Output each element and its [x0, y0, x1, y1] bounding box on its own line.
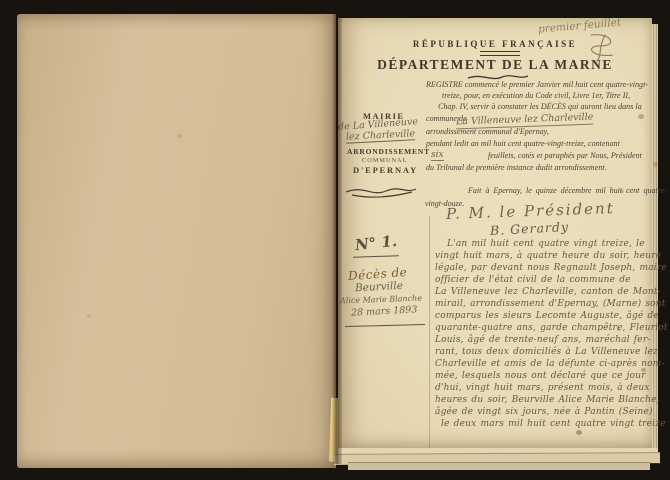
left-blank-page: [17, 14, 336, 468]
paper-stain: [87, 314, 91, 318]
act-body-line: Charleville et amis de la défunte ci-apr…: [435, 359, 665, 369]
act-body-line: d'hui, vingt huit mars, présent mois, à …: [435, 383, 650, 393]
act-body-line: L'an mil huit cent quatre vingt treize, …: [447, 239, 645, 249]
registre-text-line: pendant ledit an mil huit cent quatre-vi…: [426, 139, 620, 148]
registre-text-line: du Tribunal de première instance dudit a…: [426, 163, 607, 172]
department-title: DÉPARTEMENT DE LA MARNE: [338, 57, 652, 73]
act-body-line: âgée de vingt six jours, née à Pantin (S…: [435, 407, 653, 417]
act-body-line: La Villeneuve lez Charleville, canton de…: [435, 287, 661, 297]
margin-divider-line: [429, 216, 430, 448]
registre-text-line: treize, pour, en exécution du Code civil…: [442, 91, 630, 100]
margin-note-line: Beurville: [355, 280, 403, 294]
title-divider: [480, 51, 520, 56]
president-handwriting: P. M. le Président: [446, 199, 615, 223]
communal-label: COMMUNAL: [362, 157, 407, 164]
act-body-line: Louis, âgé de trente-neuf ans, maréchal …: [435, 335, 651, 345]
act-body-line: légale, par devant nous Regnault Joseph,…: [435, 263, 667, 273]
act-body-line: heures du soir, Beurville Alice Marie Bl…: [435, 395, 660, 405]
act-body-line: rant, tous deux domiciliés à La Villeneu…: [435, 347, 658, 357]
republic-title: RÉPUBLIQUE FRANÇAISE: [338, 39, 652, 49]
act-body-line: mirail, arrondissement d'Epernay, (Marne…: [435, 299, 666, 309]
act-number-rule: [353, 255, 399, 258]
scanned-register-photo: premier feuillet RÉPUBLIQUE FRANÇAISE DÉ…: [0, 0, 670, 480]
act-body-line: mée, lesquels nous ont déclaré que ce jo…: [435, 371, 646, 381]
book-gutter-shadow: [332, 12, 342, 464]
foxing-spot: [638, 114, 644, 119]
page-stack-edge: [348, 462, 650, 470]
margin-note-line: 28 mars 1893: [351, 304, 418, 318]
act-body-line: vingt huit mars, à quatre heure du soir,…: [435, 251, 661, 261]
register-title-page: premier feuillet RÉPUBLIQUE FRANÇAISE DÉ…: [338, 18, 652, 448]
act-body-line: quarante-quatre ans, garde champêtre, Fl…: [435, 323, 668, 333]
registre-text-line: arrondissement communal d'Epernay,: [426, 127, 549, 136]
act-body-line: le deux mars mil huit cent quatre vingt …: [441, 419, 666, 429]
foxing-spot: [576, 430, 582, 435]
act-body-line: comparus les sieurs Lecomte Auguste, âgé…: [435, 311, 659, 321]
arrondissement-label: ARRONDISSEMENT: [347, 147, 430, 156]
dateline-line1: Fait à Epernay, le quinze décembre mil h…: [468, 186, 667, 195]
registre-text-line: feuillets, cotés et paraphés par Nous, P…: [488, 151, 642, 160]
folio-count-fillin-handwriting: six: [431, 150, 444, 161]
paper-stain: [177, 134, 182, 138]
president-signature: B. Gerardy: [490, 219, 570, 238]
act-number: N° 1.: [354, 232, 398, 254]
commune-handwriting-line2: lez Charleville: [346, 128, 416, 144]
margin-note-rule: [345, 324, 425, 327]
registre-text-line: Chap. IV, servir à constater les DÉCÈS q…: [438, 102, 642, 111]
foxing-spot: [653, 162, 658, 167]
act-body-line: officier de l'état civil de la commune d…: [435, 275, 631, 285]
registre-text-line: REGISTRE commencé le premier Janvier mil…: [426, 80, 648, 89]
swash-flourish-icon: [342, 183, 420, 199]
epernay-label: D'EPERNAY: [353, 165, 418, 175]
book-fore-edge: [651, 24, 658, 448]
